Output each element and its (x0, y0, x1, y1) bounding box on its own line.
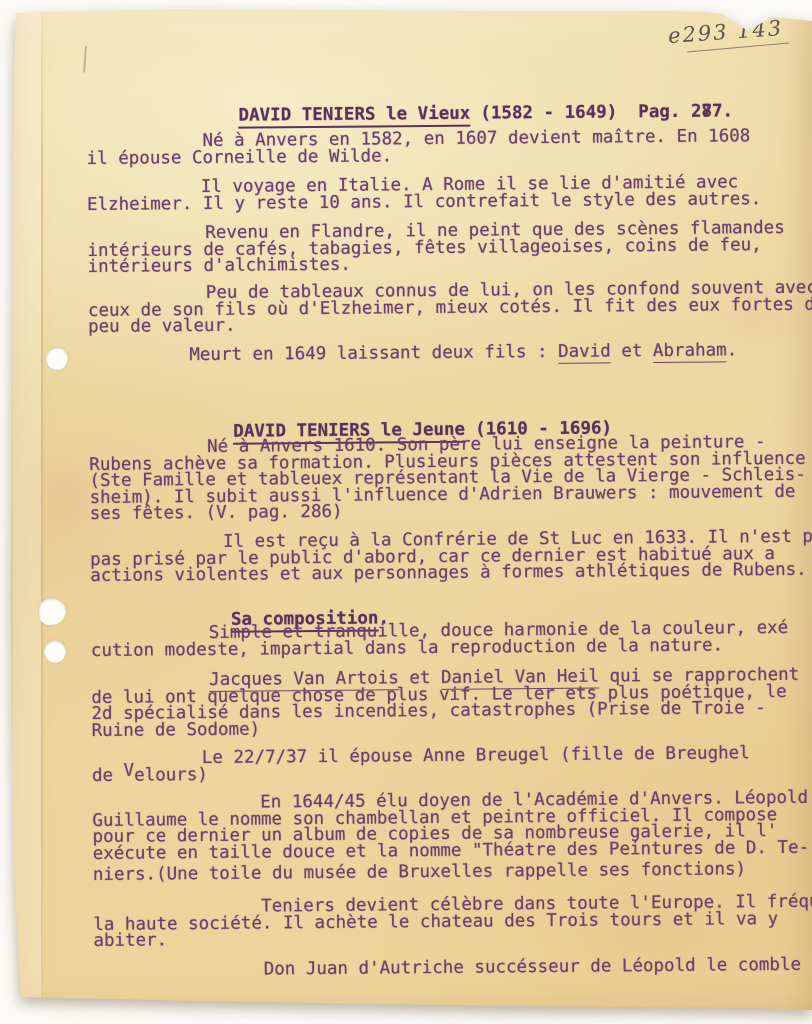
text-line: Elzheimer. Il y reste 10 ans. Il contref… (87, 189, 812, 213)
page-reference-tail: 7. (712, 101, 733, 121)
section-heading: DAVID TENIERS le Jeune(1610 - 1696) (149, 400, 812, 424)
typewritten-text: DAVID TENIERS le Vieux(1582 - 1649)Pag. … (86, 84, 812, 979)
text-segment: elours) (134, 764, 208, 785)
paragraph: Le 22/7/37 il épouse Anne Breugel (fille… (92, 743, 812, 784)
raised-letter: V (123, 760, 134, 780)
text-segment: . (727, 340, 738, 360)
text-segment: de (92, 765, 124, 785)
paragraph: Il voyage en Italie. A Rome il se lie d'… (87, 172, 812, 213)
paper-edge-strip (13, 0, 41, 1024)
text-line: niers.(Une toile du musée de Bruxelles r… (93, 859, 812, 883)
section-heading-dates: (1582 - 1649) (470, 102, 617, 123)
section-heading-text: DAVID TENIERS le Vieux (238, 103, 470, 128)
text-line: Le 22/7/37 il épouse Anne Breugel (fille… (202, 743, 812, 766)
catalog-annotation: e293 143 (667, 16, 784, 48)
text-line: la haute société. Il achète le chateau d… (93, 909, 812, 933)
paragraph: En 1644/45 élu doyen de l'Académie d'Anv… (92, 788, 812, 883)
paragraph: Il est reçu à la Confrérie de St Luc en … (90, 527, 812, 584)
text-segment: et (611, 341, 653, 361)
hole-punch (46, 347, 68, 370)
section-heading: DAVID TENIERS le Vieux(1582 - 1649)Pag. … (154, 84, 812, 108)
pencil-mark (83, 46, 90, 73)
underlined-name: David (558, 341, 611, 363)
overstruck-digit: 87 (701, 103, 712, 120)
paragraph: Jacques Van Artois et Daniel Van Heil qu… (91, 665, 812, 739)
paragraph: Teniers devient célèbre dans toute l'Eur… (93, 892, 812, 949)
paragraph: Peu de tableaux connus de lui, on les co… (88, 278, 812, 335)
text-segment: Meurt en 1649 laissant deux fils : (189, 342, 558, 365)
paragraph: Revenu en Flandre, il ne peint que des s… (87, 218, 812, 275)
page-reference: Pag. 2 (617, 101, 701, 122)
paragraph: Don Juan d'Autriche succésseur de Léopol… (94, 955, 812, 979)
paragraph: Meurt en 1649 laissant deux fils : David… (88, 340, 812, 364)
underlined-name: Abraham (653, 340, 727, 363)
section-heading: Sa composition. (146, 588, 812, 612)
hole-punch (39, 598, 66, 625)
text-line: Né à Anvers en 1582, en 1607 devient maî… (202, 126, 812, 149)
text-line: Meurt en 1649 laissant deux fils : David… (189, 340, 812, 363)
paper-sheet: e293 143 DAVID TENIERS le Vieux(1582 - 1… (0, 0, 812, 1024)
overstruck-digit-over: 7 (701, 103, 712, 120)
scan-frame: e293 143 DAVID TENIERS le Vieux(1582 - 1… (0, 0, 812, 1024)
text-line: Don Juan d'Autriche succésseur de Léopol… (264, 955, 812, 978)
paper-crease (41, 0, 43, 1024)
hole-punch (44, 640, 66, 663)
